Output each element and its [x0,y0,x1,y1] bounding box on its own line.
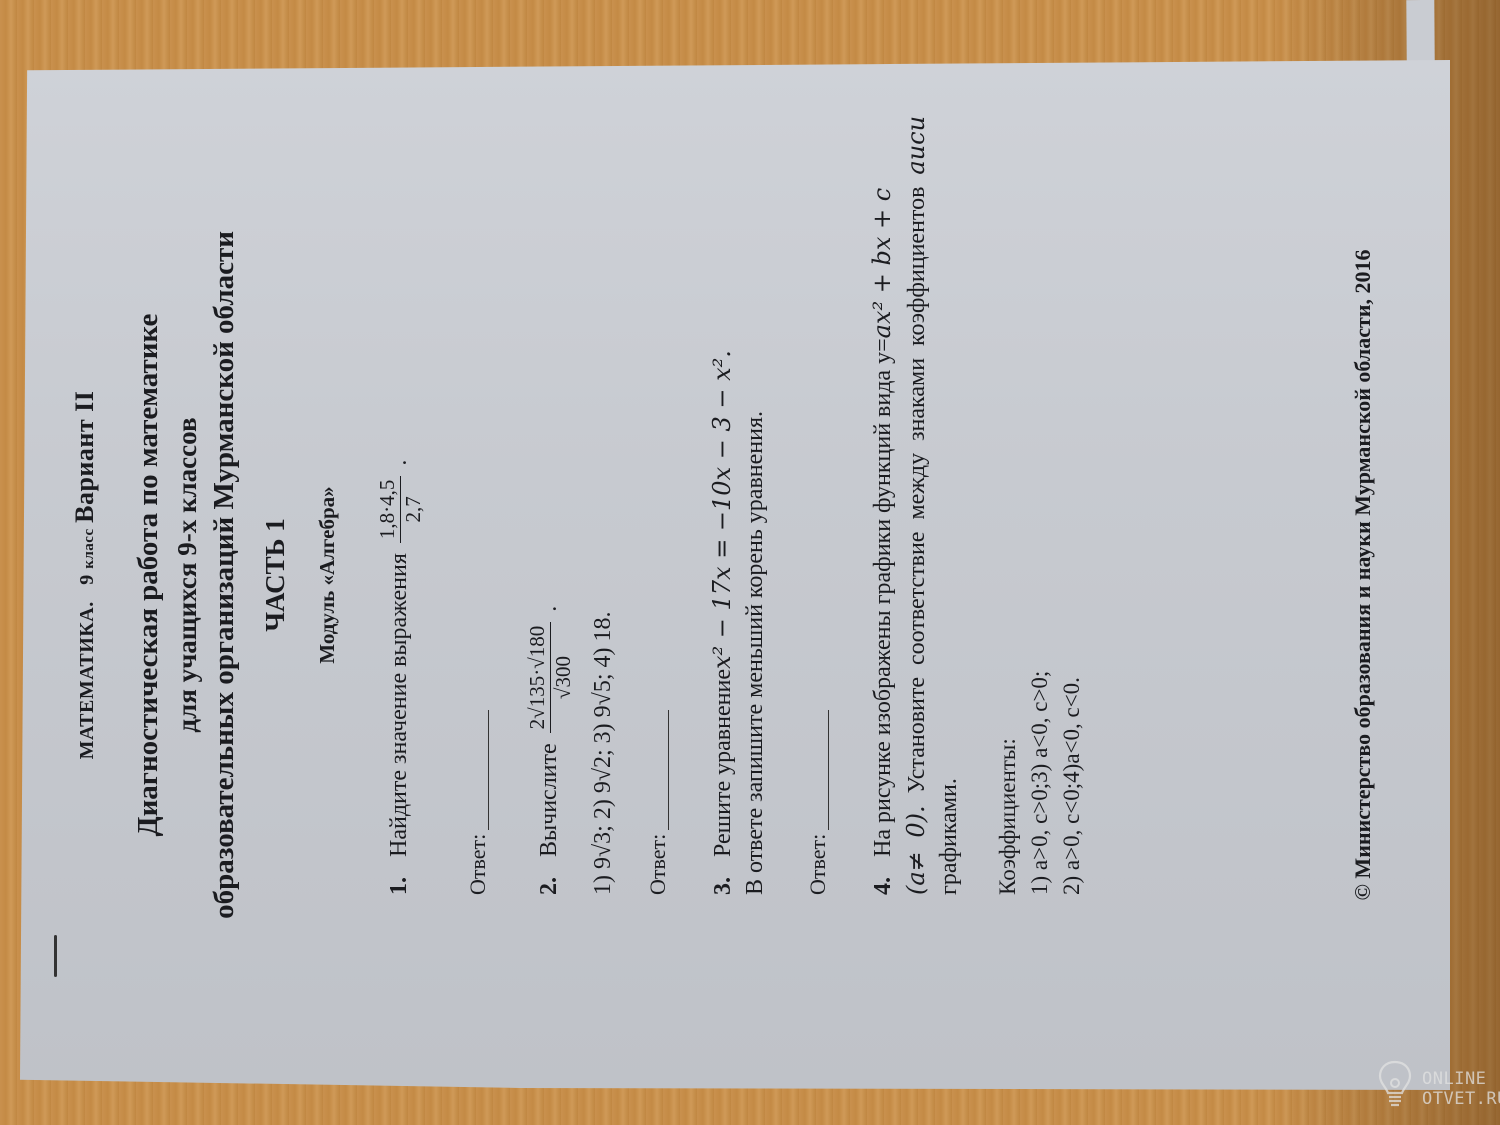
question-3: 3. Решите уравнениеx² − 17x = −10x − 3 −… [708,350,737,895]
answer-label: Ответ: [805,834,830,895]
fraction: 2√135·√180 √300 [525,622,576,734]
question-number: 1. [386,877,412,895]
instruction: Установите соответствие между знаками ко… [904,187,930,794]
denominator: 2,7 [401,476,426,544]
answer-field[interactable] [668,710,669,830]
answer-field[interactable] [828,710,829,830]
pen-mark [54,935,57,977]
equation: x² − 17x = −10x − 3 − x². [708,350,736,669]
watermark-line-1: ONLINE [1422,1069,1500,1089]
document-page: МАТЕМАТИКА. 9 класс Вариант II Диагности… [20,60,1450,1090]
title-line-2: для учащихся 9-х классов [172,60,203,1090]
question-2-options: 1) 9√3; 2) 9√2; 3) 9√5; 4) 18. [590,612,617,896]
title-line-3: образовательных организаций Мурманской о… [208,60,241,1090]
copyright-footer: © Министерство образования и науки Мурма… [1350,60,1376,1090]
watermark-line-2: OTVET.RU [1422,1089,1500,1109]
numerator: 2√135·√180 [525,622,551,734]
question-text: Вычислите [536,743,562,857]
condition: (a≠ 0). [902,805,930,895]
answer-label: Ответ: [645,834,670,895]
answer-3: Ответ: [805,710,831,895]
coefficients-line-2: 2) a>0, c<0;4)a<0, c<0. [1059,677,1085,895]
numerator: 1,8·4,5 [375,476,401,544]
equation: ax² + bx + c [868,188,896,339]
question-text: На рисунке изображены графики функций ви… [870,338,896,857]
answer-2: Ответ: [645,710,671,895]
question-1: 1. Найдите значение выражения 1,8·4,5 2,… [375,460,426,895]
coefficients-line-1: 1) a>0, c>0;3) a<0, c>0; [1027,671,1053,895]
module-heading: Модуль «Алгебра» [315,60,340,1090]
header-variant: Вариант II [70,391,99,523]
denominator: √300 [551,622,576,734]
question-number: 3. [710,877,736,895]
header-subject: МАТЕМАТИКА. [76,601,98,759]
question-4-line-2: (a≠ 0). Установите соответствие между зн… [902,116,931,895]
punctuation: . [536,606,562,612]
part-heading: ЧАСТЬ 1 [260,60,291,1090]
fraction: 1,8·4,5 2,7 [375,476,426,544]
question-text: Решите уравнение [710,669,736,857]
question-text: Найдите значение выражения [386,553,412,857]
question-2: 2. Вычислите 2√135·√180 √300 . [525,606,576,895]
coefficients-label: Коэффициенты: [995,738,1021,895]
page-header: МАТЕМАТИКА. 9 класс Вариант II [70,60,100,1090]
answer-field[interactable] [488,710,489,830]
watermark: ONLINE OTVET.RU [1377,1057,1492,1117]
punctuation: . [386,460,412,466]
question-number: 4. [870,877,896,895]
title-line-1: Диагностическая работа по математике [132,60,165,1090]
lightbulb-icon [1377,1059,1413,1111]
header-grade: 9 [76,574,98,585]
header-grade-word: класс [81,528,97,568]
coefficient-names: aиси [902,116,930,175]
answer-label: Ответ: [465,834,490,895]
answer-1: Ответ: [465,710,491,895]
question-4-line-3: графиками. [936,778,963,895]
question-3-line-2: В ответе запишите меньший корень уравнен… [742,411,769,895]
question-number: 2. [536,877,562,895]
question-4: 4. На рисунке изображены графики функций… [868,188,897,895]
